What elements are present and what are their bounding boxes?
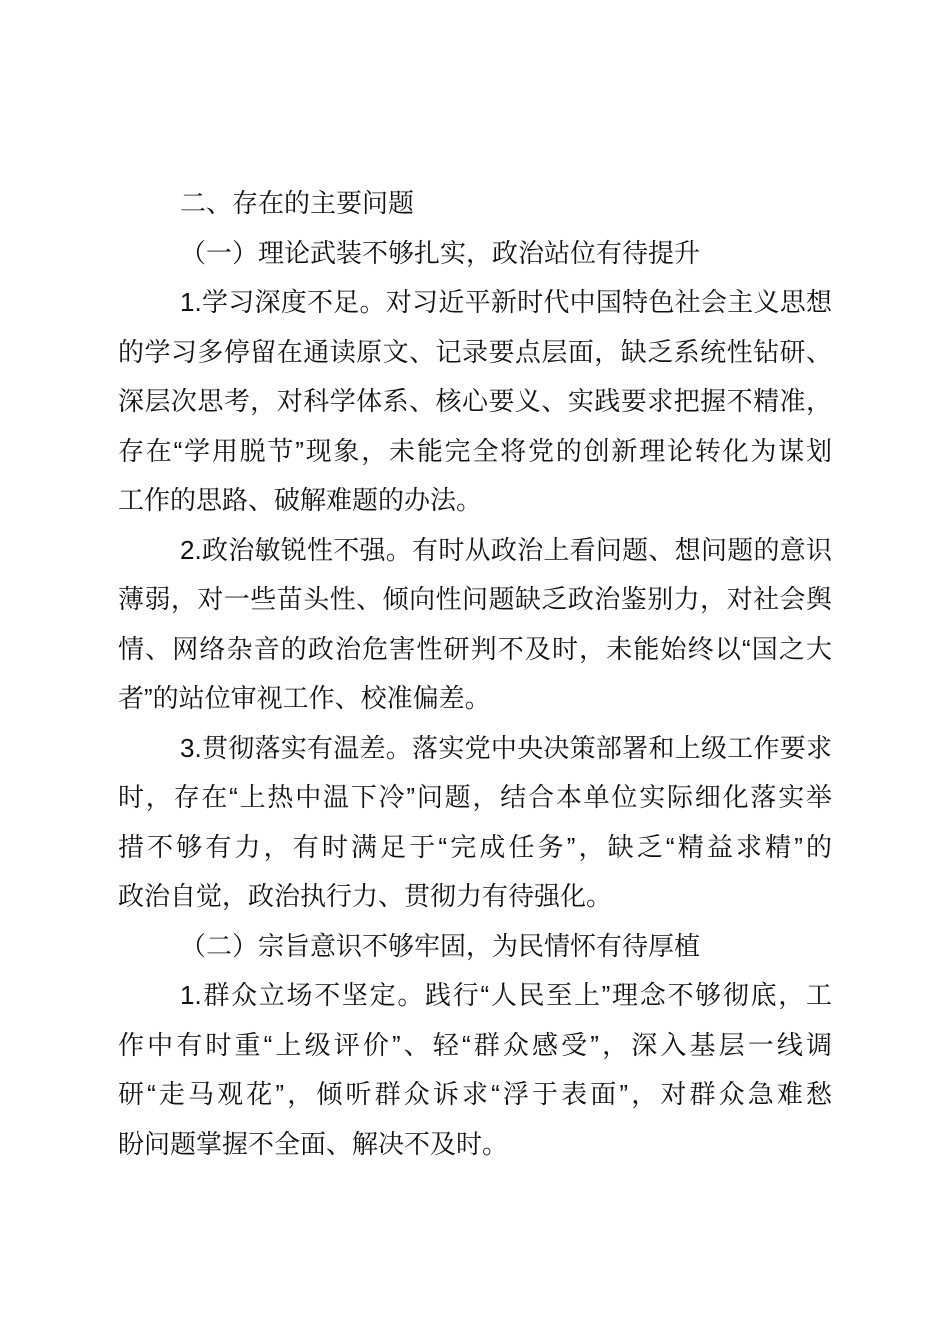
doc-line: 情、网络杂音的政治危害性研判不及时，未能始终以“国之大 <box>118 625 832 675</box>
doc-line: 3.贯彻落实有温差。落实党中央决策部署和上级工作要求 <box>118 724 832 774</box>
doc-line: 深层次思考，对科学体系、核心要义、实践要求把握不精准， <box>118 377 832 427</box>
doc-line: 盼问题掌握不全面、解决不及时。 <box>118 1120 832 1170</box>
doc-line: 政治自觉，政治执行力、贯彻力有待强化。 <box>118 872 832 922</box>
doc-line: 存在“学用脱节”现象，未能完全将党的创新理论转化为谋划 <box>118 427 832 477</box>
doc-line: 2.政治敏锐性不强。有时从政治上看问题、想问题的意识 <box>118 526 832 576</box>
subsection-heading: （二）宗旨意识不够牢固，为民情怀有待厚植 <box>118 922 832 972</box>
doc-line: 者”的站位审视工作、校准偏差。 <box>118 674 832 724</box>
doc-line: 薄弱，对一些苗头性、倾向性问题缺乏政治鉴别力，对社会舆 <box>118 575 832 625</box>
doc-line: 1.群众立场不坚定。践行“人民至上”理念不够彻底，工 <box>118 971 832 1021</box>
section-heading: 二、存在的主要问题 <box>118 179 832 229</box>
subsection-heading: （一）理论武装不够扎实，政治站位有待提升 <box>118 229 832 279</box>
doc-line: 时，存在“上热中温下冷”问题，结合本单位实际细化落实举 <box>118 773 832 823</box>
doc-line: 措不够有力，有时满足于“完成任务”，缺乏“精益求精”的 <box>118 823 832 873</box>
doc-line: 研“走马观花”，倾听群众诉求“浮于表面”，对群众急难愁 <box>118 1070 832 1120</box>
doc-line: 作中有时重“上级评价”、轻“群众感受”，深入基层一线调 <box>118 1021 832 1071</box>
doc-line: 的学习多停留在通读原文、记录要点层面，缺乏系统性钻研、 <box>118 328 832 378</box>
document-page: 二、存在的主要问题 （一）理论武装不够扎实，政治站位有待提升 1.学习深度不足。… <box>0 0 950 1344</box>
document-text-block: 二、存在的主要问题 （一）理论武装不够扎实，政治站位有待提升 1.学习深度不足。… <box>118 179 832 1169</box>
doc-line: 1.学习深度不足。对习近平新时代中国特色社会主义思想 <box>118 278 832 328</box>
doc-line: 工作的思路、破解难题的办法。 <box>118 476 832 526</box>
